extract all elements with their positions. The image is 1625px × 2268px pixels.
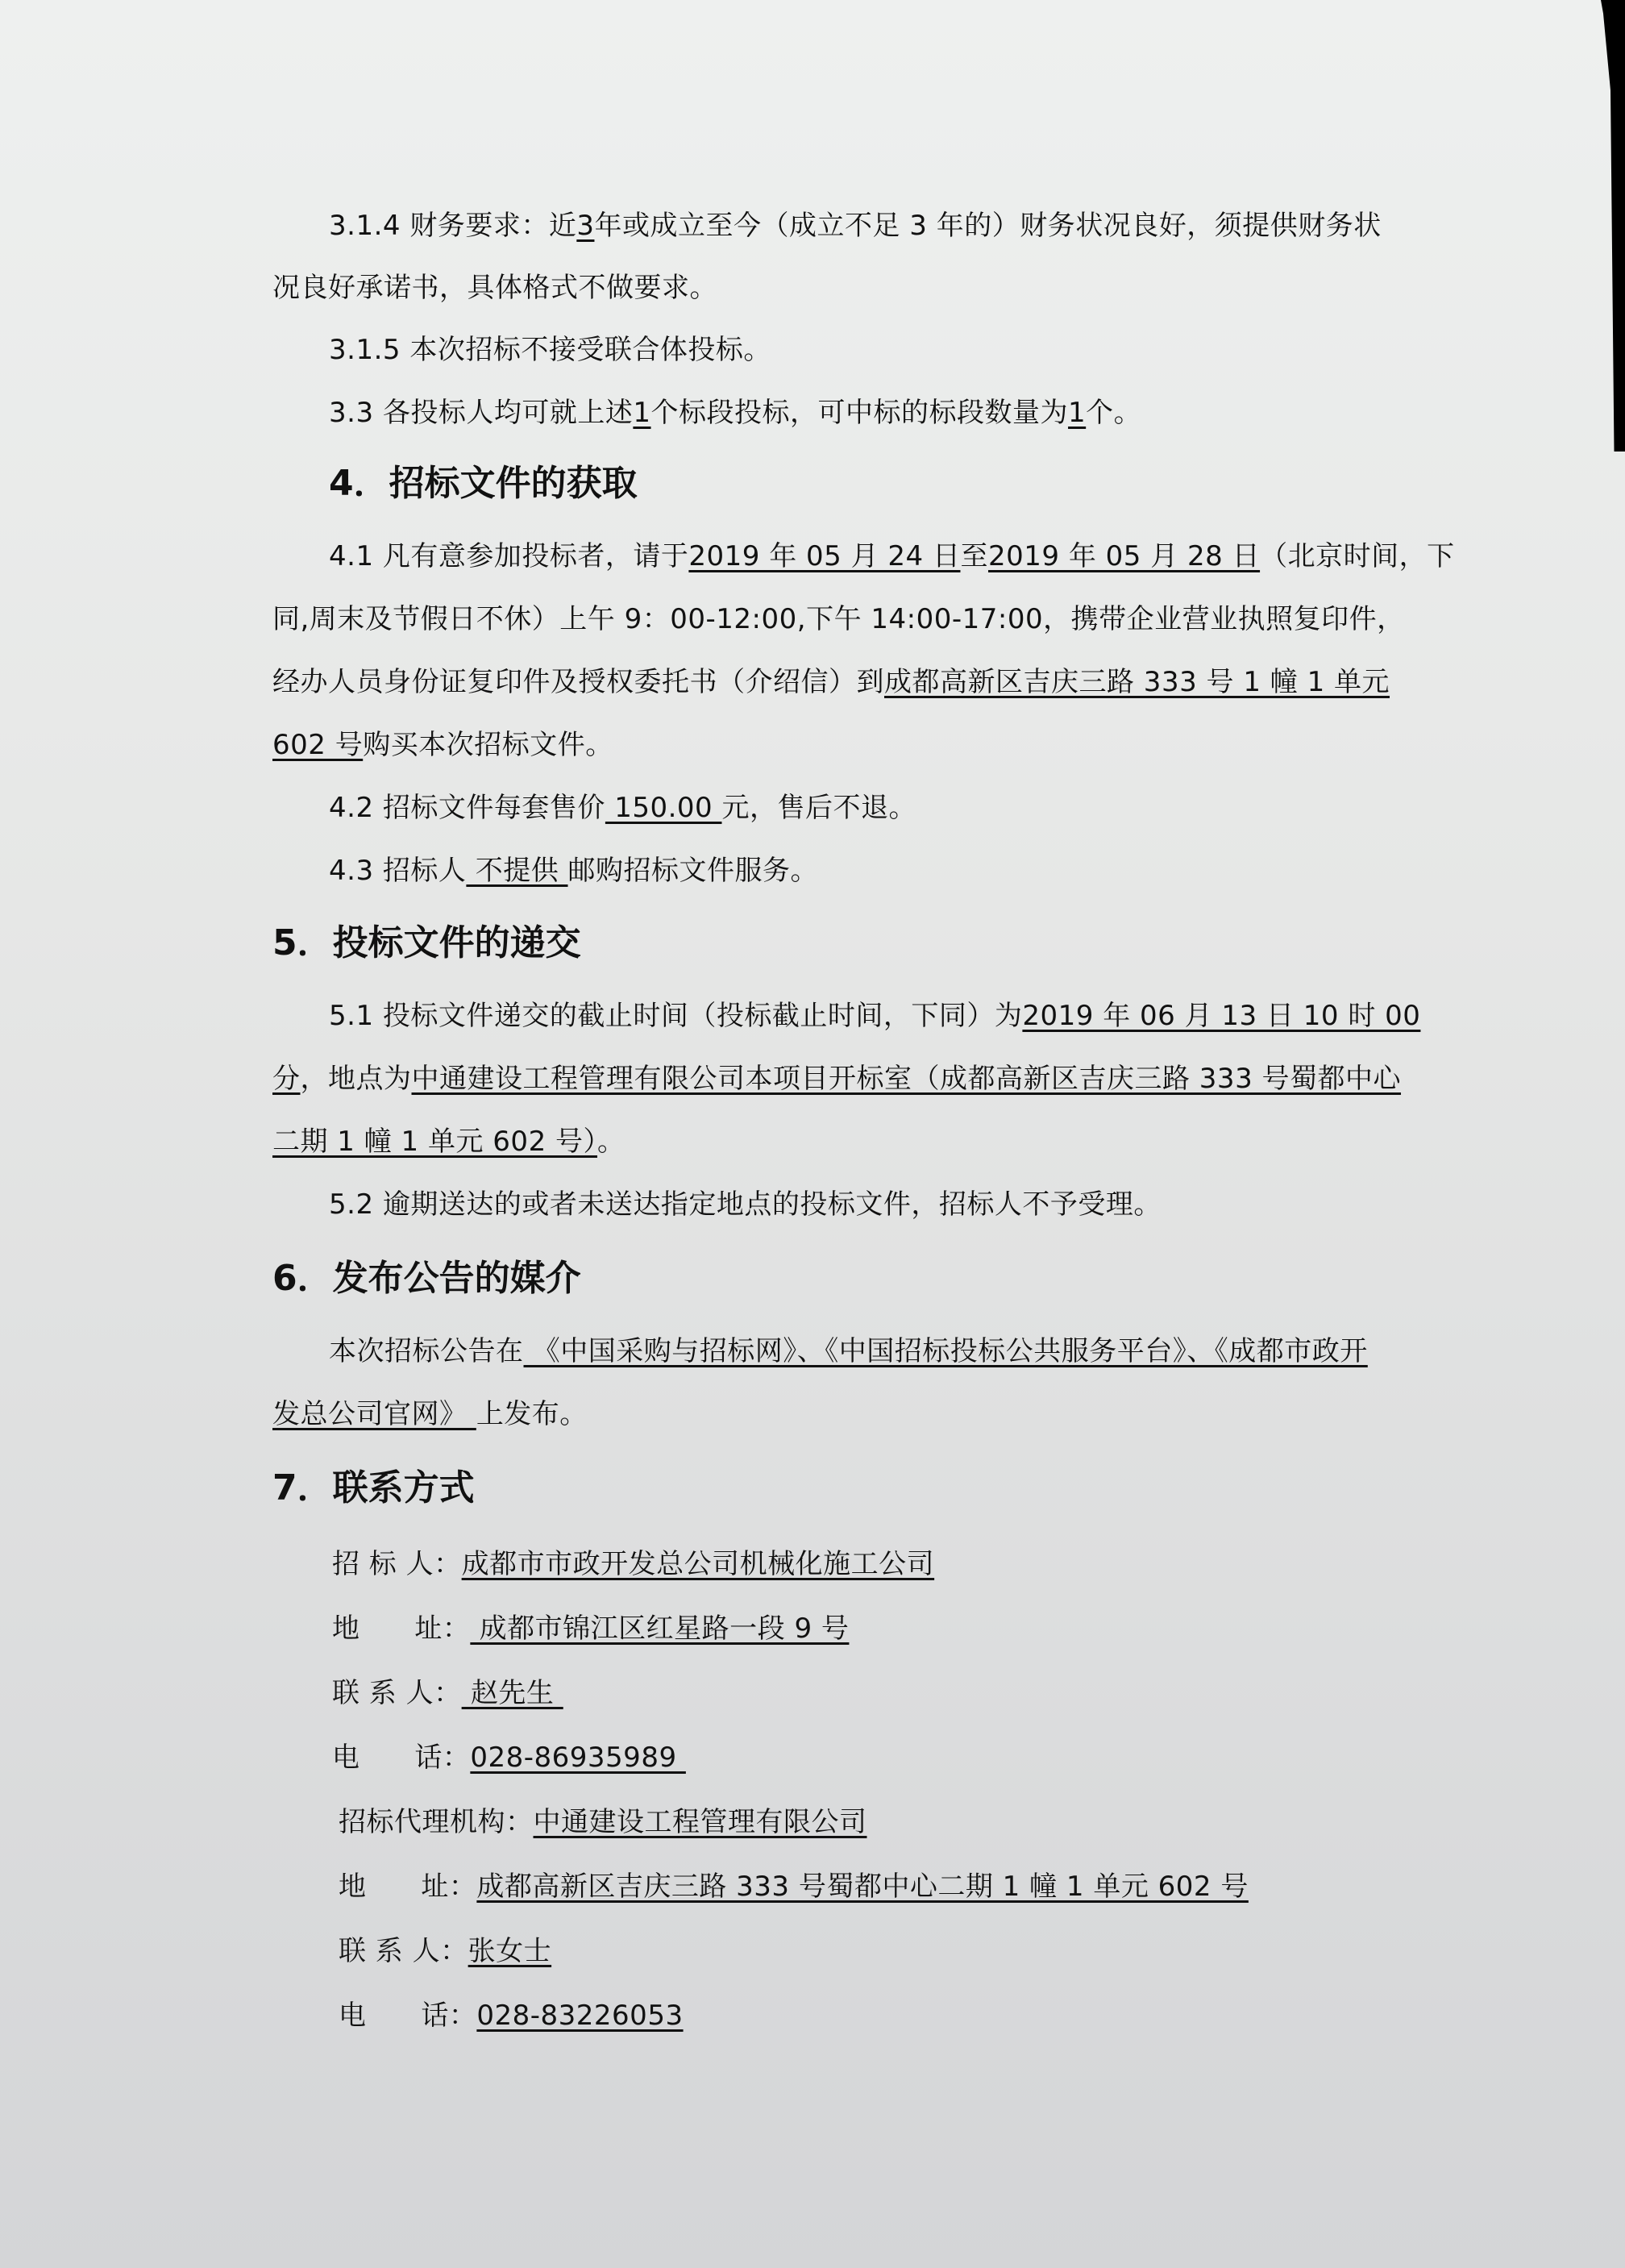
text: 至 [960, 540, 988, 572]
label: 地 址： [332, 1611, 470, 1646]
label: 联 系 人： [332, 1675, 462, 1711]
para-4-1-line3: 经办人员身份证复印件及授权委托书（介绍信）到成都高新区吉庆三路 333 号 1 … [272, 664, 1390, 700]
text: 购买本次招标文件。 [363, 729, 613, 761]
deadline-cont: 分 [272, 1063, 301, 1095]
text: 上发布。 [476, 1398, 588, 1430]
text: 4.2 招标文件每套售价 [329, 792, 605, 824]
label: 电 话： [332, 1740, 470, 1775]
heading-section-5: 5．投标文件的递交 [272, 921, 581, 966]
para-4-1-line2: 同,周末及节假日不休）上午 9：00-12:00,下午 14:00-17:00，… [272, 601, 1405, 637]
tenderer-name: 成都市市政开发总公司机械化施工公司 [462, 1548, 935, 1580]
media-list-cont: 发总公司官网》 [272, 1398, 476, 1430]
para-4-1-line1: 4.1 凡有意参加投标者，请于2019 年 05 月 24 日至2019 年 0… [329, 539, 1455, 574]
label: 招 标 人： [332, 1546, 462, 1582]
text: 本次招标公告在 [329, 1335, 524, 1367]
text: 。 [597, 1126, 625, 1158]
para-3-1-5: 3.1.5 本次招标不接受联合体投标。 [329, 332, 771, 368]
contact-agency-phone: 电 话：028-83226053 [339, 1998, 684, 2033]
text: ，地点为 [301, 1063, 412, 1095]
text: 4.1 凡有意参加投标者，请于 [329, 540, 688, 572]
tenderer-phone: 028-86935989 [470, 1742, 686, 1774]
text: 4.3 招标人 [329, 855, 466, 887]
text: 3.1.4 财务要求：近 [329, 210, 576, 242]
end-date: 2019 年 05 月 28 日 [988, 540, 1260, 572]
agency-contact-name: 张女士 [468, 1935, 552, 1967]
years-value: 3 [576, 210, 594, 242]
label: 电 话： [339, 1998, 476, 2033]
text: 邮购招标文件服务。 [568, 855, 819, 887]
agency-phone: 028-83226053 [476, 2000, 683, 2032]
agency-name: 中通建设工程管理有限公司 [534, 1806, 867, 1838]
contact-agency: 招标代理机构：中通建设工程管理有限公司 [339, 1804, 867, 1840]
contact-tenderer-person: 联 系 人： 赵先生 [332, 1675, 563, 1711]
text: 元，售后不退。 [721, 792, 916, 824]
page-edge-shadow [1601, 0, 1625, 452]
para-4-2: 4.2 招标文件每套售价 150.00 元，售后不退。 [329, 790, 916, 826]
text: 个。 [1086, 397, 1141, 429]
mail-order-value: 不提供 [466, 855, 567, 887]
para-6-line2: 发总公司官网》 上发布。 [272, 1396, 588, 1432]
submission-place-cont: 二期 1 幢 1 单元 602 号） [272, 1126, 597, 1158]
text: 5.1 投标文件递交的截止时间（投标截止时间，下同）为 [329, 1000, 1022, 1032]
text: 经办人员身份证复印件及授权委托书（介绍信）到 [272, 666, 884, 698]
text: （北京时间，下 [1260, 540, 1455, 572]
lot-count: 1 [633, 397, 650, 429]
para-5-1-line3: 二期 1 幢 1 单元 602 号）。 [272, 1124, 625, 1159]
heading-section-6: 6．发布公告的媒介 [272, 1256, 581, 1301]
price-value: 150.00 [605, 792, 722, 824]
para-5-1-line2: 分，地点为中通建设工程管理有限公司本项目开标室（成都高新区吉庆三路 333 号蜀… [272, 1061, 1401, 1097]
label: 地 址： [339, 1869, 476, 1904]
contact-tenderer-address: 地 址： 成都市锦江区红星路一段 9 号 [332, 1611, 849, 1646]
para-5-2: 5.2 逾期送达的或者未送达指定地点的投标文件，招标人不予受理。 [329, 1187, 1162, 1222]
para-4-3: 4.3 招标人 不提供 邮购招标文件服务。 [329, 853, 818, 888]
document-page: 3.1.4 财务要求：近3年或成立至今（成立不足 3 年的）财务状况良好，须提供… [0, 0, 1625, 2268]
para-5-1-line1: 5.1 投标文件递交的截止时间（投标截止时间，下同）为2019 年 06 月 1… [329, 998, 1420, 1034]
para-4-1-line4: 602 号购买本次招标文件。 [272, 727, 613, 763]
winning-lot-count: 1 [1068, 397, 1086, 429]
text: 年或成立至今（成立不足 3 年的）财务状况良好，须提供财务状 [594, 210, 1381, 242]
para-6-line1: 本次招标公告在 《中国采购与招标网》、《中国招标投标公共服务平台》、《成都市政开 [329, 1334, 1368, 1369]
submission-place: 中通建设工程管理有限公司本项目开标室（成都高新区吉庆三路 333 号蜀都中心 [412, 1063, 1402, 1095]
deadline: 2019 年 06 月 13 日 10 时 00 [1022, 1000, 1420, 1032]
text: 3.3 各投标人均可就上述 [329, 397, 633, 429]
heading-section-4: 4．招标文件的获取 [329, 461, 638, 506]
purchase-address-cont: 602 号 [272, 729, 363, 761]
tenderer-contact-name: 赵先生 [462, 1677, 563, 1709]
para-3-1-4-line2: 况良好承诺书，具体格式不做要求。 [272, 270, 717, 306]
para-3-3: 3.3 各投标人均可就上述1个标段投标，可中标的标段数量为1个。 [329, 395, 1141, 431]
text: 个标段投标，可中标的标段数量为 [651, 397, 1069, 429]
label: 联 系 人： [339, 1933, 468, 1969]
label: 招标代理机构： [339, 1804, 534, 1840]
contact-agency-address: 地 址：成都高新区吉庆三路 333 号蜀都中心二期 1 幢 1 单元 602 号 [339, 1869, 1249, 1904]
tenderer-address: 成都市锦江区红星路一段 9 号 [470, 1613, 849, 1645]
start-date: 2019 年 05 月 24 日 [688, 540, 960, 572]
contact-tenderer-phone: 电 话：028-86935989 [332, 1740, 686, 1775]
agency-address: 成都高新区吉庆三路 333 号蜀都中心二期 1 幢 1 单元 602 号 [476, 1871, 1249, 1903]
media-list: 《中国采购与招标网》、《中国招标投标公共服务平台》、《成都市政开 [524, 1335, 1368, 1367]
heading-section-7: 7．联系方式 [272, 1466, 475, 1511]
purchase-address: 成都高新区吉庆三路 333 号 1 幢 1 单元 [884, 666, 1390, 698]
contact-agency-person: 联 系 人：张女士 [339, 1933, 551, 1969]
contact-tenderer: 招 标 人：成都市市政开发总公司机械化施工公司 [332, 1546, 934, 1582]
para-3-1-4-line1: 3.1.4 财务要求：近3年或成立至今（成立不足 3 年的）财务状况良好，须提供… [329, 208, 1382, 243]
